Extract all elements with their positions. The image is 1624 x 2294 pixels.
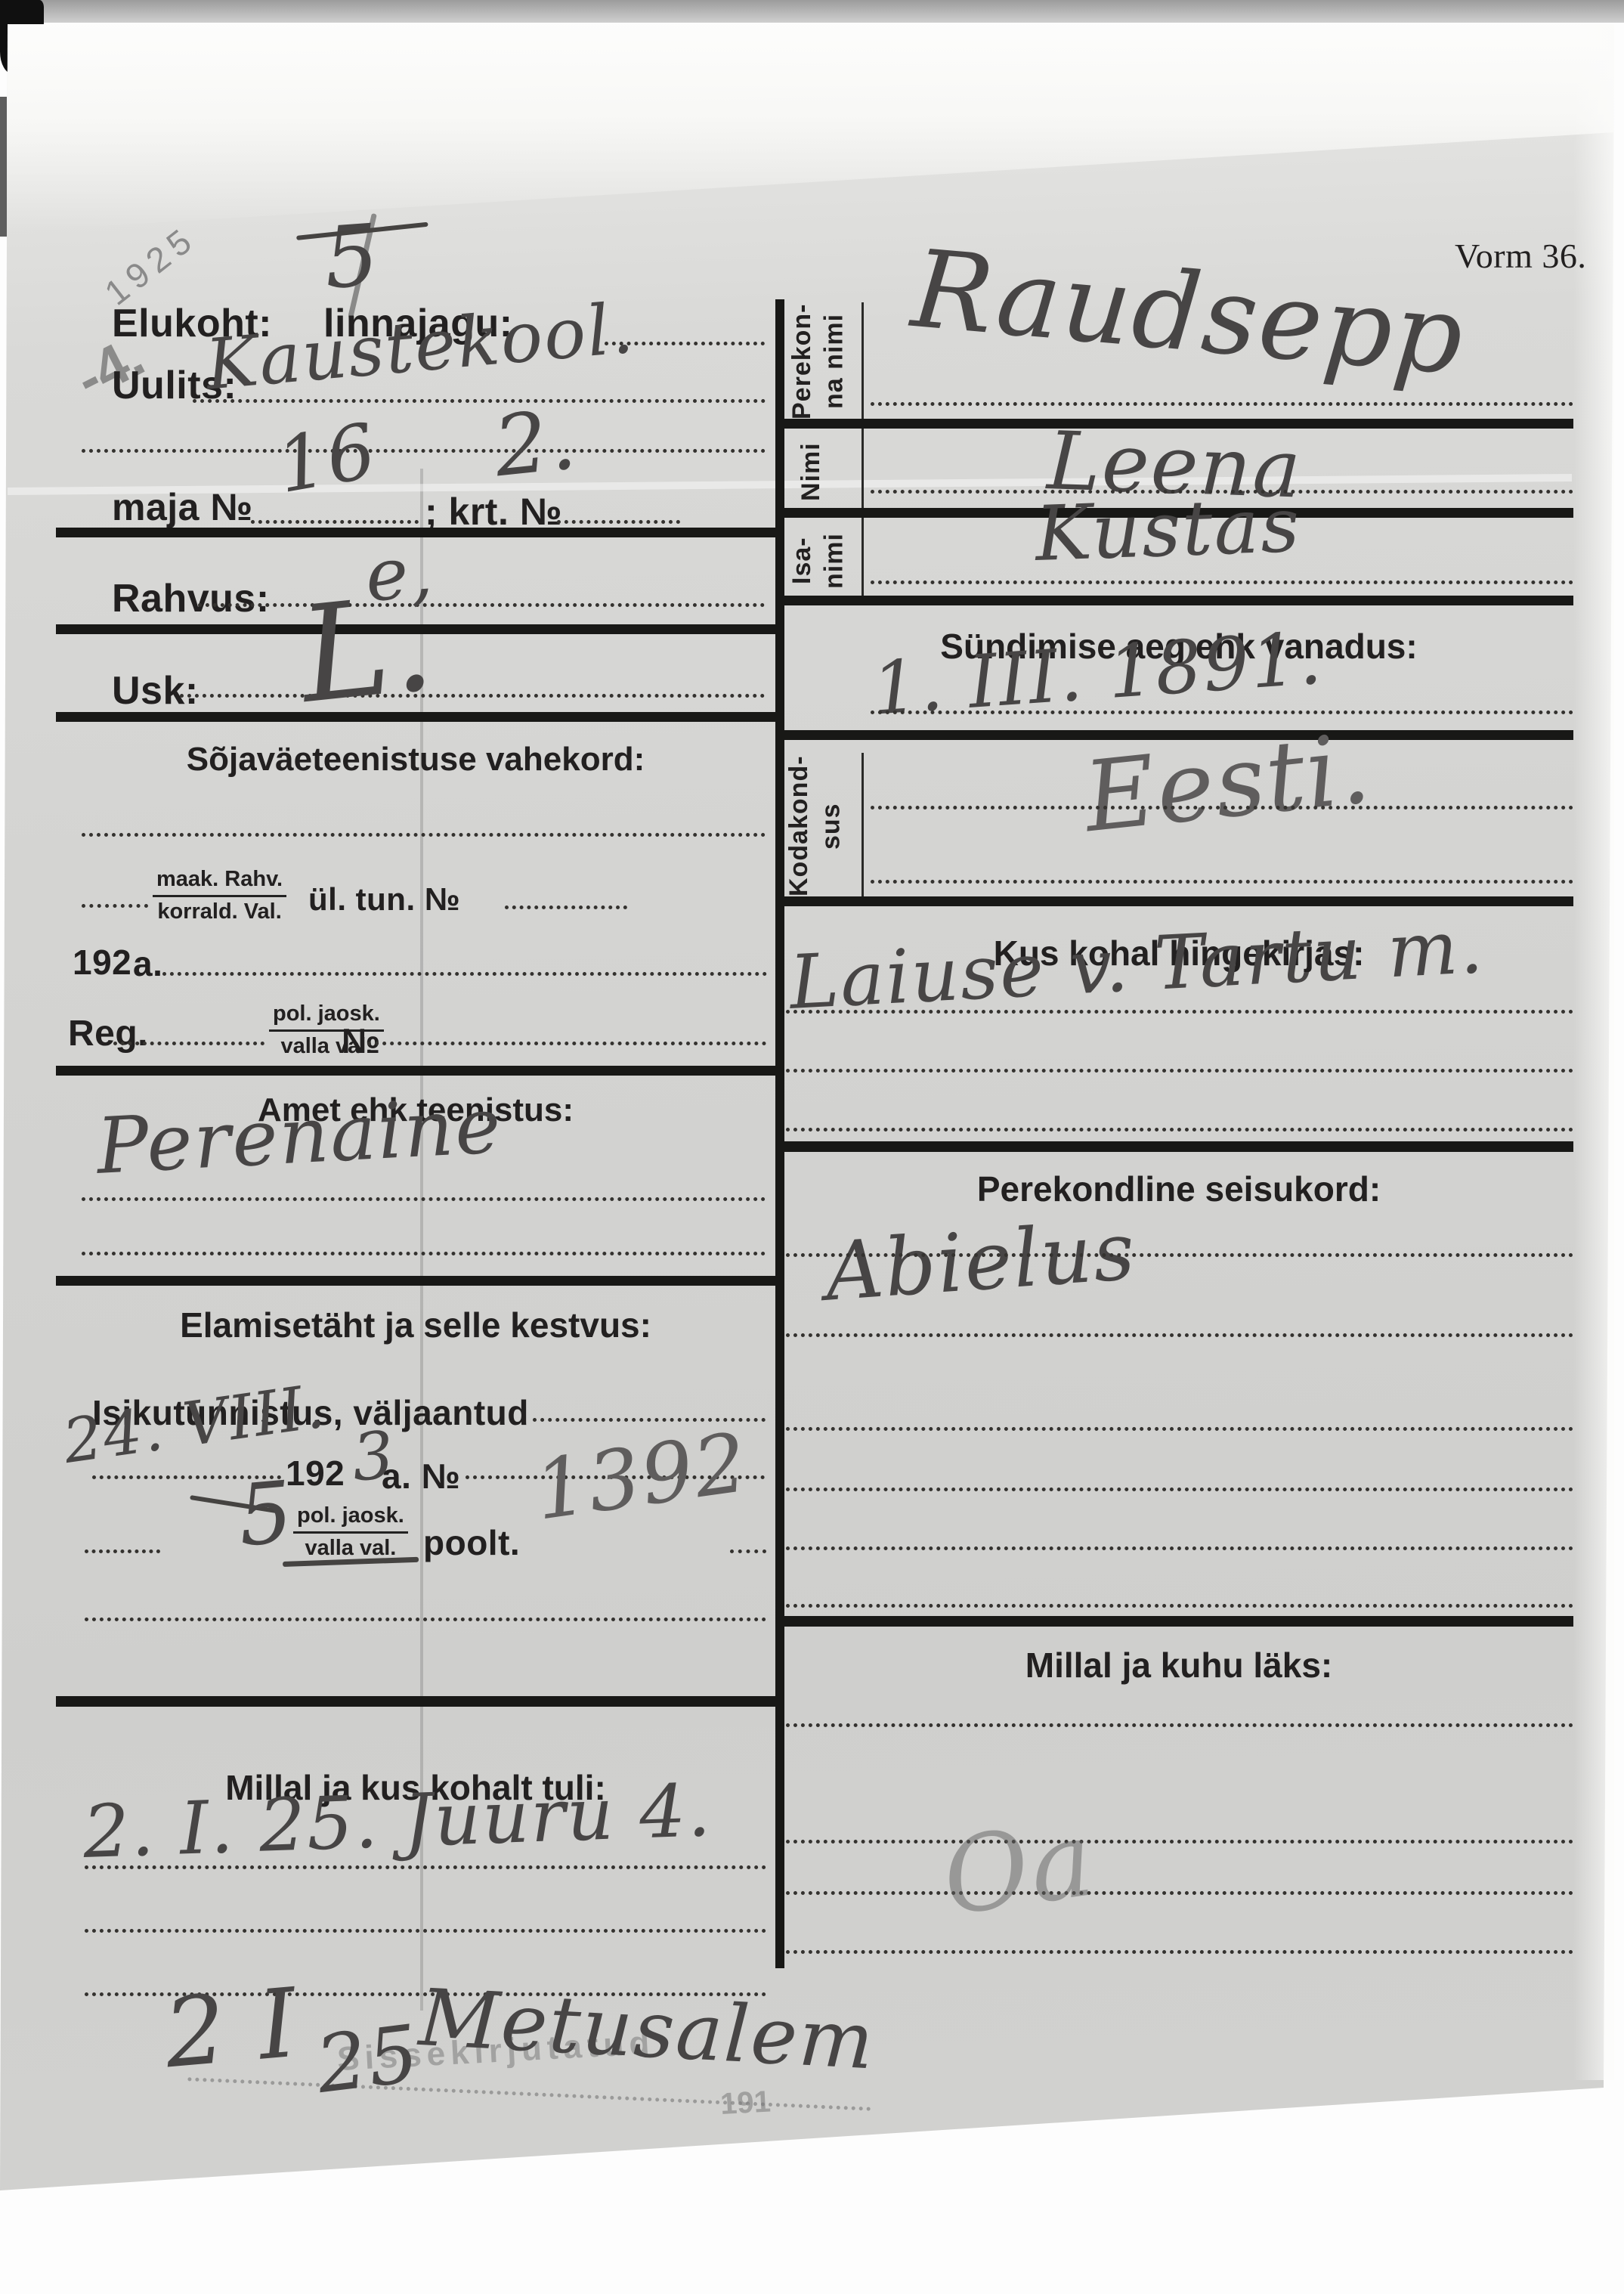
laks-line-c bbox=[786, 1891, 1573, 1895]
year-line bbox=[162, 972, 767, 976]
rule-bar bbox=[56, 1066, 775, 1076]
scanned-document: 1925 -4. Vorm 36. Elukoht: linnajagu: 5 … bbox=[0, 0, 1624, 2294]
uulits-line bbox=[193, 399, 766, 403]
seisukord-line-b bbox=[786, 1333, 1573, 1337]
maja-value: 16 bbox=[271, 406, 384, 510]
isanimi-value: Kustas bbox=[1034, 481, 1302, 578]
hingekirjas-line-c bbox=[786, 1128, 1573, 1132]
poolt-line-b bbox=[730, 1549, 766, 1553]
year-a-label: a. bbox=[133, 943, 162, 984]
amet-line-a bbox=[82, 1197, 766, 1201]
perekonnanimi-label: Perekon- na nimi bbox=[786, 301, 850, 422]
laks-line-d bbox=[786, 1950, 1573, 1954]
isanimi-line bbox=[871, 580, 1573, 584]
krt-value: 2. bbox=[490, 391, 582, 496]
fraction-bottom: valla val. bbox=[293, 1534, 408, 1561]
rule-bar bbox=[56, 1696, 775, 1707]
seisukord-line-e bbox=[786, 1546, 1573, 1550]
reg-label: Reg. bbox=[68, 1013, 148, 1054]
isanimi-label: Isa- nimi bbox=[786, 522, 850, 600]
kodakondsus-label: Kodakond- sus bbox=[783, 751, 847, 901]
paper-edge-curl bbox=[1573, 24, 1614, 2080]
maja-line bbox=[251, 520, 419, 524]
seisukord-line-c bbox=[786, 1427, 1573, 1431]
year-192-label: 192 bbox=[73, 942, 131, 983]
tuli-line-a bbox=[85, 1865, 766, 1869]
form-number: Vorm 36. bbox=[1455, 236, 1586, 276]
laks-pencil-note: Oa bbox=[936, 1797, 1102, 1939]
ul-tun-label: ül. tun. № bbox=[308, 881, 460, 918]
fraction-top: maak. Rahv. bbox=[153, 868, 286, 897]
kodakondsus-line-b bbox=[871, 880, 1573, 884]
maja-label: maja № bbox=[112, 485, 253, 529]
usk-value: L. bbox=[293, 567, 441, 733]
nimi-label: Nimi bbox=[795, 434, 827, 509]
label-divider-kodakondsus bbox=[861, 753, 864, 899]
seisukord-line-f bbox=[786, 1604, 1573, 1608]
linnajagu-value: 5 bbox=[321, 206, 383, 308]
amet-line-b bbox=[82, 1252, 766, 1255]
tunnistus-line-b bbox=[505, 906, 627, 909]
birth-line bbox=[871, 710, 1573, 714]
usk-line bbox=[180, 694, 765, 698]
usk-label: Usk: bbox=[112, 668, 199, 714]
column-divider bbox=[775, 299, 784, 1968]
military-line bbox=[82, 833, 766, 837]
kodakondsus-line-a bbox=[871, 806, 1573, 810]
tunnistus-line-a bbox=[82, 904, 148, 908]
precinct-value: 5 bbox=[234, 1463, 298, 1566]
fraction-bottom: korrald. Val. bbox=[153, 897, 286, 924]
kestvus-line bbox=[85, 1618, 766, 1621]
fraction-top: pol. jaosk. bbox=[293, 1504, 408, 1534]
laks-line-a bbox=[786, 1723, 1573, 1727]
seisukord-line-d bbox=[786, 1488, 1573, 1491]
bottom-note-1: 2 I bbox=[160, 1967, 302, 2090]
rahvus-label: Rahvus: bbox=[112, 576, 270, 621]
seisukord-line-a bbox=[786, 1253, 1573, 1257]
pol-jaosk-fraction-2: pol. jaosk. valla val. bbox=[293, 1504, 408, 1561]
rule-bar bbox=[775, 596, 1573, 605]
poolt-line-a bbox=[85, 1549, 160, 1553]
krt-line bbox=[557, 520, 680, 524]
rule-bar bbox=[775, 1141, 1573, 1152]
bottom-note-2: 25 bbox=[311, 2007, 425, 2111]
hingekirjas-line-a bbox=[786, 1010, 1573, 1014]
scan-edge-streak bbox=[0, 97, 7, 237]
issued-year-label: 192 bbox=[286, 1453, 345, 1494]
tuli-line-b bbox=[85, 1929, 766, 1933]
rahvus-line bbox=[198, 603, 765, 607]
laks-heading: Millal ja kuhu läks: bbox=[784, 1645, 1573, 1686]
scanner-edge bbox=[0, 0, 1624, 23]
rule-bar bbox=[775, 1616, 1573, 1627]
elamis-heading: Elamisetäht ja selle kestvus: bbox=[60, 1305, 771, 1345]
poolt-label: poolt. bbox=[423, 1522, 520, 1563]
seisukord-heading: Perekondline seisukord: bbox=[784, 1169, 1573, 1209]
address-extra-line bbox=[82, 449, 766, 453]
rule-bar bbox=[56, 1276, 775, 1286]
reg-no-sign: № bbox=[342, 1020, 381, 1061]
hingekirjas-line-b bbox=[786, 1069, 1573, 1073]
reg-line-a bbox=[113, 1042, 264, 1045]
registered-stamp-year: 191 bbox=[719, 2085, 772, 2122]
maak-rahv-fraction: maak. Rahv. korrald. Val. bbox=[153, 868, 286, 924]
military-heading: Sõjaväeteenistuse vahekord: bbox=[60, 741, 771, 779]
label-divider-top bbox=[861, 302, 864, 597]
rule-bar bbox=[56, 712, 775, 722]
perekonnanimi-line bbox=[871, 402, 1573, 406]
reg-line-b bbox=[367, 1042, 766, 1045]
laks-line-b bbox=[786, 1840, 1573, 1844]
issued-a-no-label: a. № bbox=[382, 1456, 460, 1497]
